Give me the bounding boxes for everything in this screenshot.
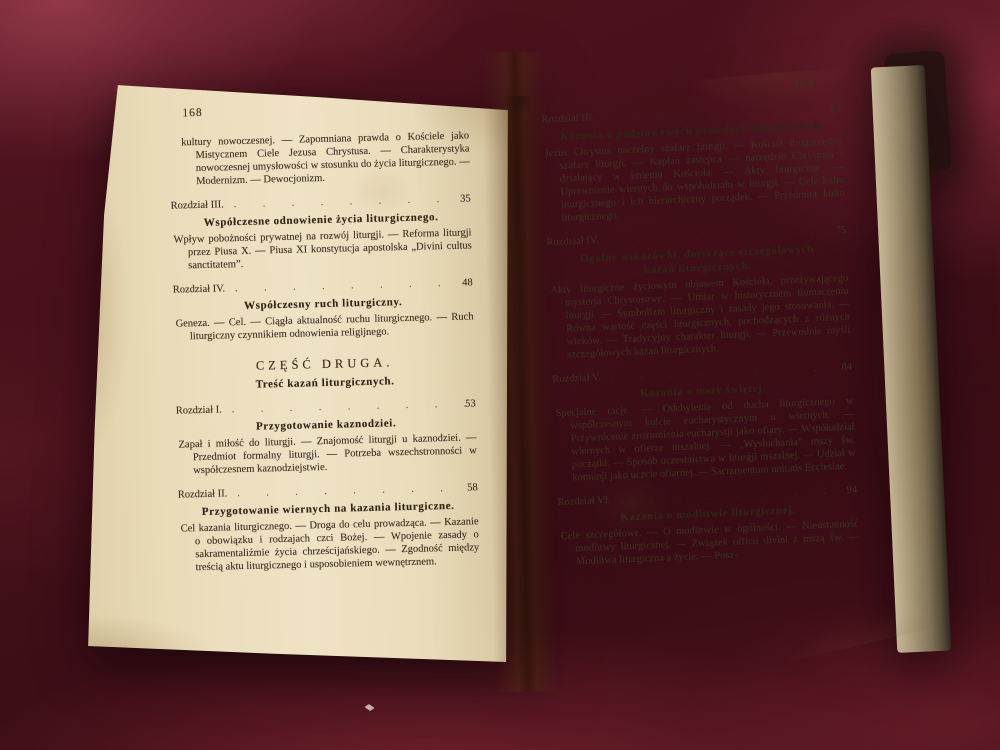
toc-entry-rozdzial-4: Rozdział IV. . . . . . . . . . 48 Współc… (173, 276, 474, 343)
open-book: 168 kultury nowoczesnej. — Zapomniana pr… (0, 0, 1000, 750)
dot-leader: . . . . . . . . . (225, 277, 462, 296)
chapter-label: Rozdział III. (541, 111, 595, 126)
toc-entry-rozdzial-4r: Rozdział IV. . . . . . . . . . 75 Ogólne… (546, 224, 851, 362)
toc-entry-rozdzial-2: Rozdział II. . . . . . . . . . 58 Przygo… (178, 481, 480, 574)
chapter-summary: Cel kazania liturgicznego. — Droga do ce… (178, 515, 479, 574)
chapter-page-ref: 35 (460, 192, 471, 205)
chapter-label: Rozdział I. (176, 404, 222, 418)
toc-entry-rozdzial-5: Rozdział V. . . . . . . . . . 84 Kazania… (552, 361, 856, 485)
chapter-page-ref: 53 (465, 397, 476, 410)
chapter-label: Rozdział V. (552, 371, 601, 386)
chapter-label: Rozdział VI. (557, 494, 611, 509)
continuation-paragraph: kultury nowoczesnej. — Zapomniana prawda… (179, 129, 470, 188)
part-subtitle: Treść kazań liturgicznych. (175, 373, 475, 393)
chapter-page-ref: 58 (467, 481, 478, 494)
left-page: 168 kultury nowoczesnej. — Zapomniana pr… (80, 72, 510, 668)
chapter-label: Rozdział IV. (546, 234, 599, 249)
left-page-content: 168 kultury nowoczesnej. — Zapomniana pr… (168, 100, 479, 574)
chapter-label: Rozdział IV. (173, 282, 226, 296)
right-page-content: 169 Rozdział III. . . . . . . . . . 63 K… (540, 78, 860, 569)
dot-leader: . . . . . . . . . (227, 482, 467, 501)
chapter-page-ref: 84 (841, 361, 852, 374)
chapter-page-ref: 75 (835, 224, 846, 237)
chapter-page-ref: 94 (846, 484, 857, 497)
chapter-page-ref: 63 (830, 101, 841, 114)
right-page-number: 169 (540, 79, 814, 103)
chapter-summary: Geneza. — Cel. — Ciągła aktualność ruchu… (173, 310, 474, 343)
dot-leader: . . . . . . . . . (224, 193, 461, 212)
toc-entry-rozdzial-6: Rozdział VI. . . . . . . . . . 94 Kazani… (557, 484, 860, 569)
chapter-label: Rozdział II. (178, 487, 228, 501)
toc-entry-rozdzial-1: Rozdział I. . . . . . . . . . 53 Przygot… (176, 397, 478, 477)
chapter-summary: Wpływ pobożności prywatnej na rozwój lit… (171, 226, 472, 272)
book-photo-scene: 168 kultury nowoczesnej. — Zapomniana pr… (0, 0, 1000, 750)
left-page-number: 168 (182, 100, 468, 120)
chapter-summary: Akty liturgiczne życiowym objawem Kościo… (548, 272, 851, 362)
chapter-page-ref: 48 (462, 276, 473, 289)
chapter-label: Rozdział III. (171, 198, 224, 212)
chapter-summary: Specjalne racje. — Odchylenia od ducha l… (553, 395, 856, 485)
chapter-summary: Zapał i miłość do liturgji. — Znajomość … (176, 431, 477, 477)
dot-leader: . . . . . . . . . (222, 398, 466, 417)
right-page: 169 Rozdział III. . . . . . . . . . 63 K… (500, 50, 940, 698)
toc-entry-rozdzial-3: Rozdział III. . . . . . . . . . 35 Współ… (171, 192, 473, 272)
part-heading: CZĘŚĆ DRUGA. (175, 354, 475, 374)
chapter-summary: Jezus Chrystus naczelny szafarz liturgji… (542, 135, 845, 225)
toc-entry-rozdzial-3r: Rozdział III. . . . . . . . . . 63 Kazan… (541, 101, 845, 225)
chapter-summary: Cele szczegółowe. — O modlitwie w ogólno… (559, 518, 860, 570)
